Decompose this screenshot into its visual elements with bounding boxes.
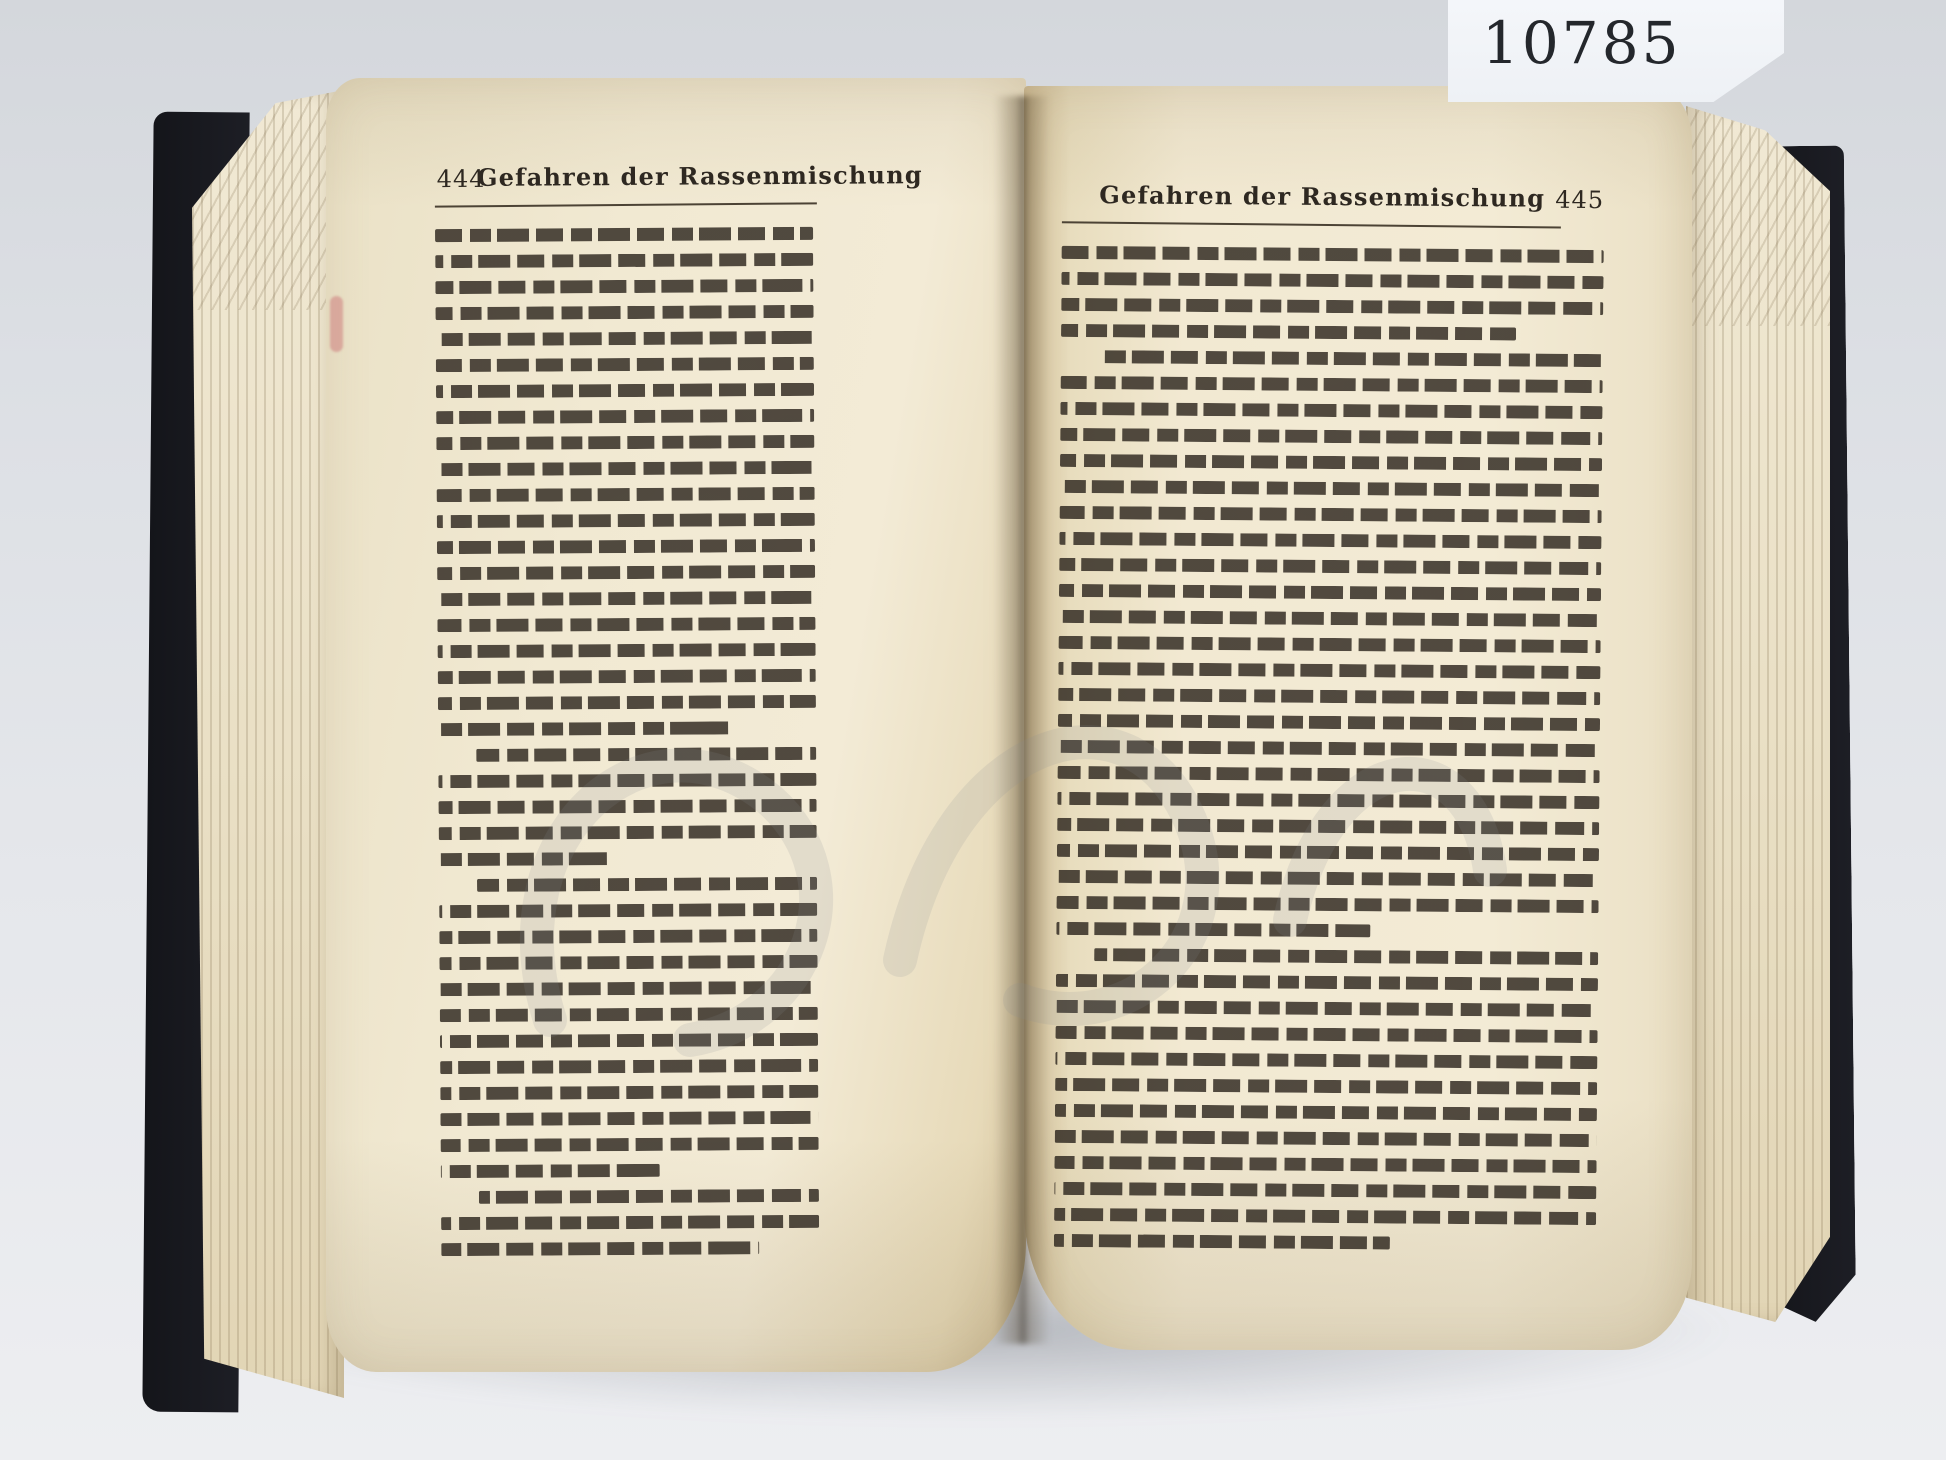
redacted-text-line bbox=[435, 227, 813, 242]
redacted-text-line bbox=[436, 331, 814, 346]
redacted-text-line bbox=[436, 383, 814, 398]
redacted-paragraph bbox=[441, 1189, 819, 1256]
running-head-left: Gefahren der Rassenmischung bbox=[477, 160, 923, 192]
redacted-text-line bbox=[436, 305, 814, 320]
redacted-text-line bbox=[479, 1189, 819, 1204]
redacted-text-line bbox=[1061, 324, 1516, 341]
redacted-text-line bbox=[1061, 376, 1603, 393]
header-rule-left bbox=[435, 202, 817, 207]
redacted-paragraph bbox=[1061, 246, 1604, 341]
redacted-text-line bbox=[1055, 1130, 1597, 1147]
page-left-header: 444 Gefahren der Rassenmischung bbox=[435, 161, 813, 197]
redacted-text-line bbox=[436, 357, 814, 372]
catalog-label-card: 10785 bbox=[1448, 0, 1784, 102]
redacted-text-line bbox=[1099, 350, 1603, 367]
redacted-text-line bbox=[1054, 1208, 1596, 1225]
page-edges-right bbox=[1686, 106, 1830, 1322]
redacted-text-line bbox=[435, 279, 813, 294]
photo-watermark bbox=[430, 400, 1530, 1120]
page-number-right: 445 bbox=[1555, 186, 1604, 214]
redacted-text-line bbox=[1054, 1234, 1390, 1250]
page-right-header: Gefahren der Rassenmischung 445 bbox=[1062, 180, 1604, 218]
running-head-right: Gefahren der Rassenmischung bbox=[1099, 180, 1545, 213]
redacted-text-line bbox=[441, 1241, 759, 1256]
page-edges-left bbox=[192, 90, 344, 1398]
redacted-text-line bbox=[441, 1137, 819, 1152]
redacted-text-line bbox=[435, 253, 813, 268]
header-rule-right bbox=[1062, 221, 1561, 228]
redacted-text-line bbox=[441, 1164, 660, 1178]
redacted-text-line bbox=[1062, 246, 1604, 263]
catalog-number: 10785 bbox=[1482, 14, 1682, 72]
redacted-text-line bbox=[1054, 1182, 1596, 1199]
redacted-text-line bbox=[441, 1215, 819, 1230]
redacted-text-line bbox=[1061, 298, 1603, 315]
book-photo: 444 Gefahren der Rassenmischung Gefahren… bbox=[0, 0, 1946, 1460]
redacted-text-line bbox=[1054, 1156, 1596, 1173]
redacted-text-line bbox=[1061, 272, 1603, 289]
fore-edge-stain bbox=[330, 296, 343, 352]
